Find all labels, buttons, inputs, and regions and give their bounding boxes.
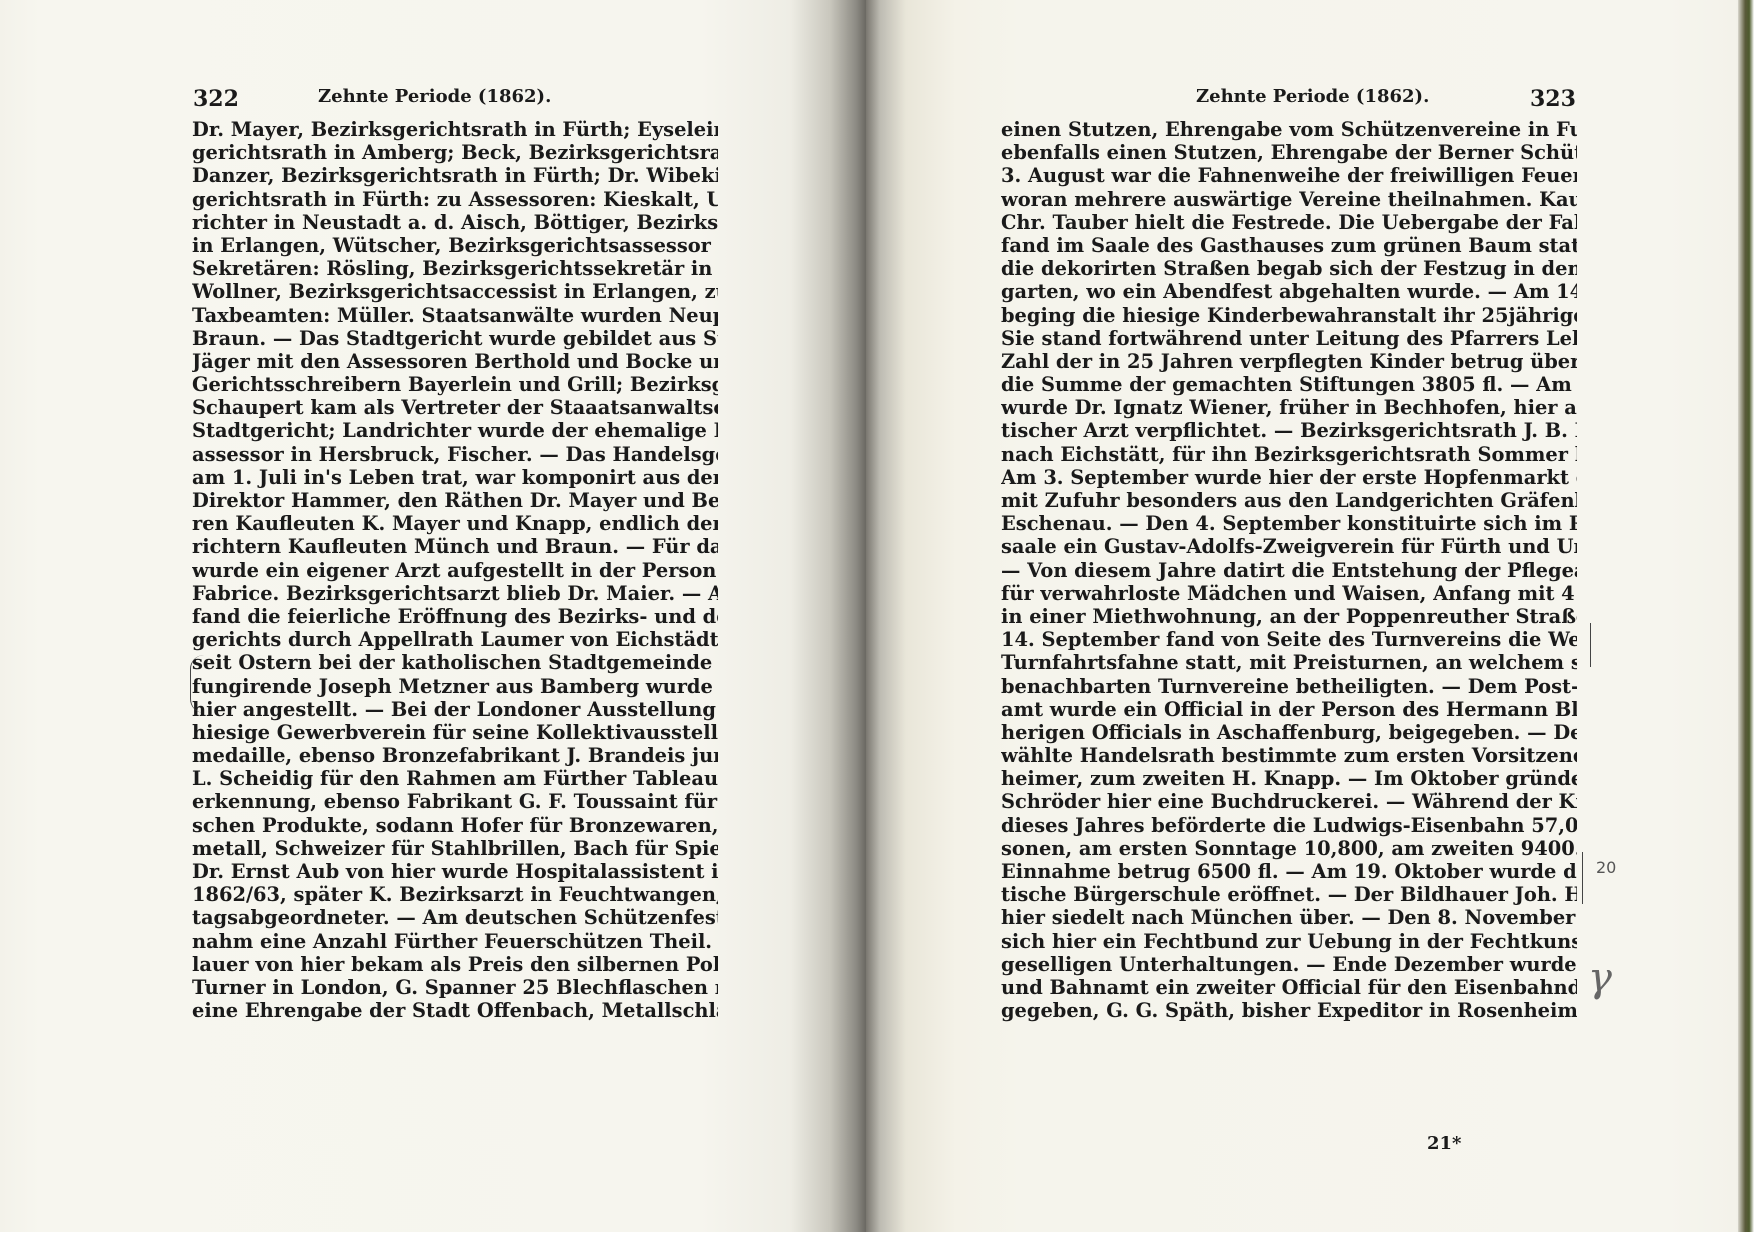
text-line: Zahl der in 25 Jahren verpflegten Kinder…: [1001, 350, 1577, 373]
left-page-body: Dr. Mayer, Bezirksgerichtsrath in Fürth;…: [192, 118, 718, 1022]
text-line: sich hier ein Fechtbund zur Uebung in de…: [1001, 930, 1577, 953]
page-number-right: 323: [1530, 86, 1576, 112]
text-line: Gerichtsschreibern Bayerlein und Grill; …: [192, 373, 718, 396]
text-line: 14. September fand von Seite des Turnver…: [1001, 628, 1577, 651]
text-line: saale ein Gustav-Adolfs-Zweigverein für …: [1001, 535, 1577, 558]
text-line: hier siedelt nach München über. — Den 8.…: [1001, 906, 1577, 929]
text-line: gerichts durch Appellrath Laumer von Eic…: [192, 628, 718, 651]
text-line: Chr. Tauber hielt die Festrede. Die Uebe…: [1001, 211, 1577, 234]
book-edge: [1738, 0, 1754, 1254]
text-line: dieses Jahres beförderte die Ludwigs-Eis…: [1001, 814, 1577, 837]
text-line: Schröder hier eine Buchdruckerei. — Währ…: [1001, 790, 1577, 813]
text-line: tagsabgeordneter. — Am deutschen Schütze…: [192, 906, 718, 929]
text-line: gerichtsrath in Amberg; Beck, Bezirksger…: [192, 141, 718, 164]
text-line: am 1. Juli in's Leben trat, war komponir…: [192, 466, 718, 489]
margin-note-2: γ: [1588, 955, 1612, 1001]
margin-bar-1: [1590, 623, 1591, 667]
text-line: Danzer, Bezirksgerichtsrath in Fürth; Dr…: [192, 164, 718, 187]
text-line: erkennung, ebenso Fabrikant G. F. Toussa…: [192, 790, 718, 813]
text-line: fand die feierliche Eröffnung des Bezirk…: [192, 605, 718, 628]
page-number-left: 322: [193, 86, 239, 112]
text-line: woran mehrere auswärtige Vereine theilna…: [1001, 188, 1577, 211]
text-line: ren Kaufleuten K. Mayer und Knapp, endli…: [192, 512, 718, 535]
text-line: gegeben, G. G. Späth, bisher Expeditor i…: [1001, 999, 1577, 1022]
text-line: nahm eine Anzahl Fürther Feuerschützen T…: [192, 930, 718, 953]
margin-note-1: 20: [1596, 860, 1616, 876]
text-line: Fabrice. Bezirksgerichtsarzt blieb Dr. M…: [192, 582, 718, 605]
text-line: in Erlangen, Wütscher, Bezirksgerichtsas…: [192, 234, 718, 257]
text-line: Dr. Ernst Aub von hier wurde Hospitalass…: [192, 860, 718, 883]
text-line: eine Ehrengabe der Stadt Offenbach, Meta…: [192, 999, 718, 1022]
text-line: wurde ein eigener Arzt aufgestellt in de…: [192, 559, 718, 582]
text-line: Schaupert kam als Vertreter der Staaatsa…: [192, 396, 718, 419]
text-line: richter in Neustadt a. d. Aisch, Böttige…: [192, 211, 718, 234]
margin-bar-2: [1582, 852, 1583, 904]
text-line: heimer, zum zweiten H. Knapp. — Im Oktob…: [1001, 767, 1577, 790]
text-line: Dr. Mayer, Bezirksgerichtsrath in Fürth;…: [192, 118, 718, 141]
text-line: Sekretären: Rösling, Bezirksgerichtssekr…: [192, 257, 718, 280]
text-line: einen Stutzen, Ehrengabe vom Schützenver…: [1001, 118, 1577, 141]
text-line: L. Scheidig für den Rahmen am Fürther Ta…: [192, 767, 718, 790]
text-line: gerichtsrath in Fürth: zu Assessoren: Ki…: [192, 188, 718, 211]
text-line: Turner in London, G. Spanner 25 Blechfla…: [192, 976, 718, 999]
text-line: benachbarten Turnvereine betheiligten. —…: [1001, 675, 1577, 698]
text-line: in einer Miethwohnung, an der Poppenreut…: [1001, 605, 1577, 628]
text-line: für verwahrloste Mädchen und Waisen, Anf…: [1001, 582, 1577, 605]
text-line: assessor in Hersbruck, Fischer. — Das Ha…: [192, 443, 718, 466]
text-line: Am 3. September wurde hier der erste Hop…: [1001, 466, 1577, 489]
text-line: amt wurde ein Official in der Person des…: [1001, 698, 1577, 721]
text-line: metall, Schweizer für Stahlbrillen, Bach…: [192, 837, 718, 860]
text-line: medaille, ebenso Bronzefabrikant J. Bran…: [192, 744, 718, 767]
text-line: ebenfalls einen Stutzen, Ehrengabe der B…: [1001, 141, 1577, 164]
text-line: Stadtgericht; Landrichter wurde der ehem…: [192, 419, 718, 442]
margin-bracket-left: [190, 655, 205, 713]
text-line: seit Ostern bei der katholischen Stadtge…: [192, 651, 718, 674]
text-line: Turnfahrtsfahne statt, mit Preisturnen, …: [1001, 651, 1577, 674]
text-line: Jäger mit den Assessoren Berthold und Bo…: [192, 350, 718, 373]
text-line: Sie stand fortwährend unter Leitung des …: [1001, 327, 1577, 350]
text-line: nach Eichstätt, für ihn Bezirksgerichtsr…: [1001, 443, 1577, 466]
signature-mark: 21*: [1427, 1133, 1461, 1154]
text-line: wählte Handelsrath bestimmte zum ersten …: [1001, 744, 1577, 767]
text-line: fand im Saale des Gasthauses zum grünen …: [1001, 234, 1577, 257]
text-line: hiesige Gewerbverein für seine Kollektiv…: [192, 721, 718, 744]
running-title-left: Zehnte Periode (1862).: [318, 86, 551, 107]
text-line: herigen Officials in Aschaffenburg, beig…: [1001, 721, 1577, 744]
text-line: Einnahme betrug 6500 fl. — Am 19. Oktobe…: [1001, 860, 1577, 883]
text-line: — Von diesem Jahre datirt die Entstehung…: [1001, 559, 1577, 582]
text-line: tischer Arzt verpflichtet. — Bezirksgeri…: [1001, 419, 1577, 442]
text-line: schen Produkte, sodann Hofer für Bronzew…: [192, 814, 718, 837]
text-line: Direktor Hammer, den Räthen Dr. Mayer un…: [192, 489, 718, 512]
text-line: richtern Kaufleuten Münch und Braun. — F…: [192, 535, 718, 558]
text-line: und Bahnamt ein zweiter Official für den…: [1001, 976, 1577, 999]
text-line: wurde Dr. Ignatz Wiener, früher in Bechh…: [1001, 396, 1577, 419]
text-line: Wollner, Bezirksgerichtsaccessist in Erl…: [192, 280, 718, 303]
text-line: 1862/63, später K. Bezirksarzt in Feucht…: [192, 883, 718, 906]
text-line: die Summe der gemachten Stiftungen 3805 …: [1001, 373, 1577, 396]
text-line: lauer von hier bekam als Preis den silbe…: [192, 953, 718, 976]
text-line: mit Zufuhr besonders aus den Landgericht…: [1001, 489, 1577, 512]
text-line: beging die hiesige Kinderbewahranstalt i…: [1001, 304, 1577, 327]
text-line: 3. August war die Fahnenweihe der freiwi…: [1001, 164, 1577, 187]
text-line: sonen, am ersten Sonntage 10,800, am zwe…: [1001, 837, 1577, 860]
text-line: geselligen Unterhaltungen. — Ende Dezemb…: [1001, 953, 1577, 976]
text-line: garten, wo ein Abendfest abgehalten wurd…: [1001, 280, 1577, 303]
text-line: fungirende Joseph Metzner aus Bamberg wu…: [192, 675, 718, 698]
scan-bottom-margin: [0, 1232, 1754, 1254]
text-line: Braun. — Das Stadtgericht wurde gebildet…: [192, 327, 718, 350]
text-line: tische Bürgerschule eröffnet. — Der Bild…: [1001, 883, 1577, 906]
running-title-right: Zehnte Periode (1862).: [1196, 86, 1429, 107]
text-line: die dekorirten Straßen begab sich der Fe…: [1001, 257, 1577, 280]
text-line: Taxbeamten: Müller. Staatsanwälte wurden…: [192, 304, 718, 327]
text-line: hier angestellt. — Bei der Londoner Auss…: [192, 698, 718, 721]
right-page-body: einen Stutzen, Ehrengabe vom Schützenver…: [1001, 118, 1577, 1022]
text-line: Eschenau. — Den 4. September konstituirt…: [1001, 512, 1577, 535]
